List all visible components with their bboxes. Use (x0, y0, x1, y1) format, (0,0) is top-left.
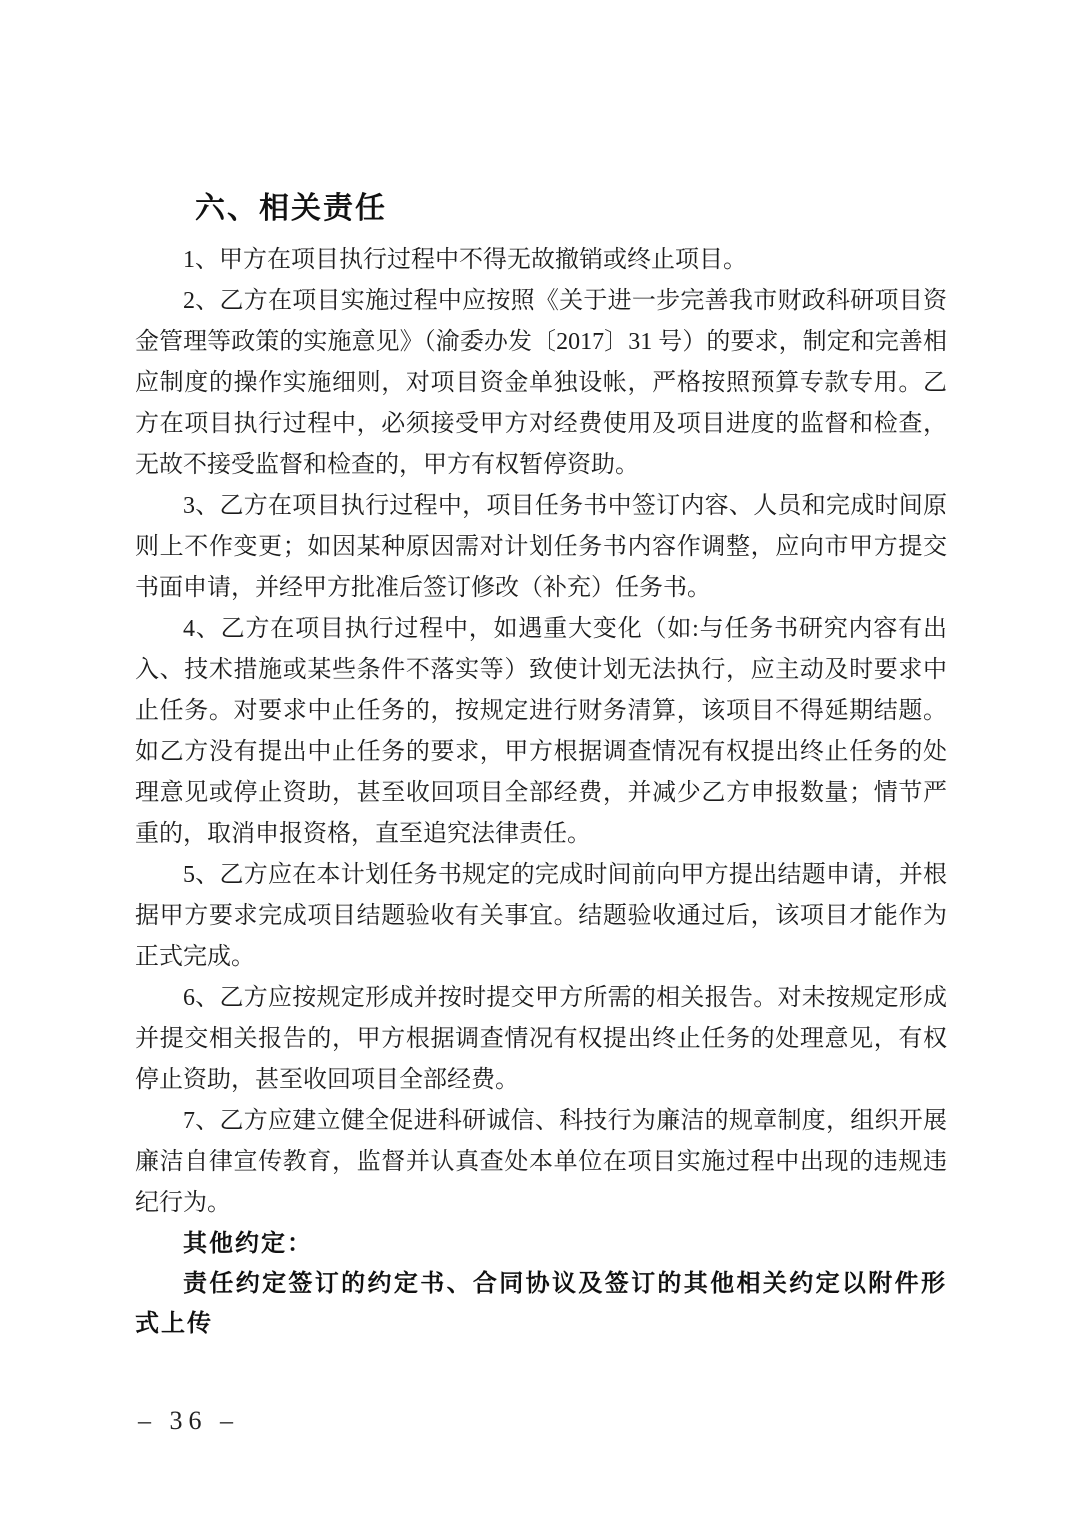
paragraph-clause-6: 6、乙方应按规定形成并按时提交甲方所需的相关报告。对未按规定形成并提交相关报告的… (135, 978, 947, 1101)
paragraph-clause-4: 4、乙方在项目执行过程中，如遇重大变化（如:与任务书研究内容有出入、技术措施或某… (135, 609, 947, 855)
document-content: 六、相关责任 1、甲方在项目执行过程中不得无故撤销或终止项目。 2、乙方在项目实… (135, 190, 947, 1344)
section-heading: 六、相关责任 (195, 190, 947, 228)
document-page: 六、相关责任 1、甲方在项目执行过程中不得无故撤销或终止项目。 2、乙方在项目实… (0, 0, 1074, 1520)
paragraph-clause-1: 1、甲方在项目执行过程中不得无故撤销或终止项目。 (135, 240, 947, 281)
paragraph-clause-2: 2、乙方在项目实施过程中应按照《关于进一步完善我市财政科研项目资金管理等政策的实… (135, 281, 947, 486)
paragraph-clause-5: 5、乙方应在本计划任务书规定的完成时间前向甲方提出结题申请，并根据甲方要求完成项… (135, 855, 947, 978)
paragraph-clause-3: 3、乙方在项目执行过程中，项目任务书中签订内容、人员和完成时间原则上不作变更；如… (135, 486, 947, 609)
paragraph-other-agreements-label: 其他约定： (135, 1224, 947, 1264)
page-number: – 36 – (138, 1406, 239, 1436)
paragraph-clause-7: 7、乙方应建立健全促进科研诚信、科技行为廉洁的规章制度，组织开展廉洁自律宣传教育… (135, 1101, 947, 1224)
paragraph-other-agreements-body: 责任约定签订的约定书、合同协议及签订的其他相关约定以附件形式上传 (135, 1264, 947, 1344)
